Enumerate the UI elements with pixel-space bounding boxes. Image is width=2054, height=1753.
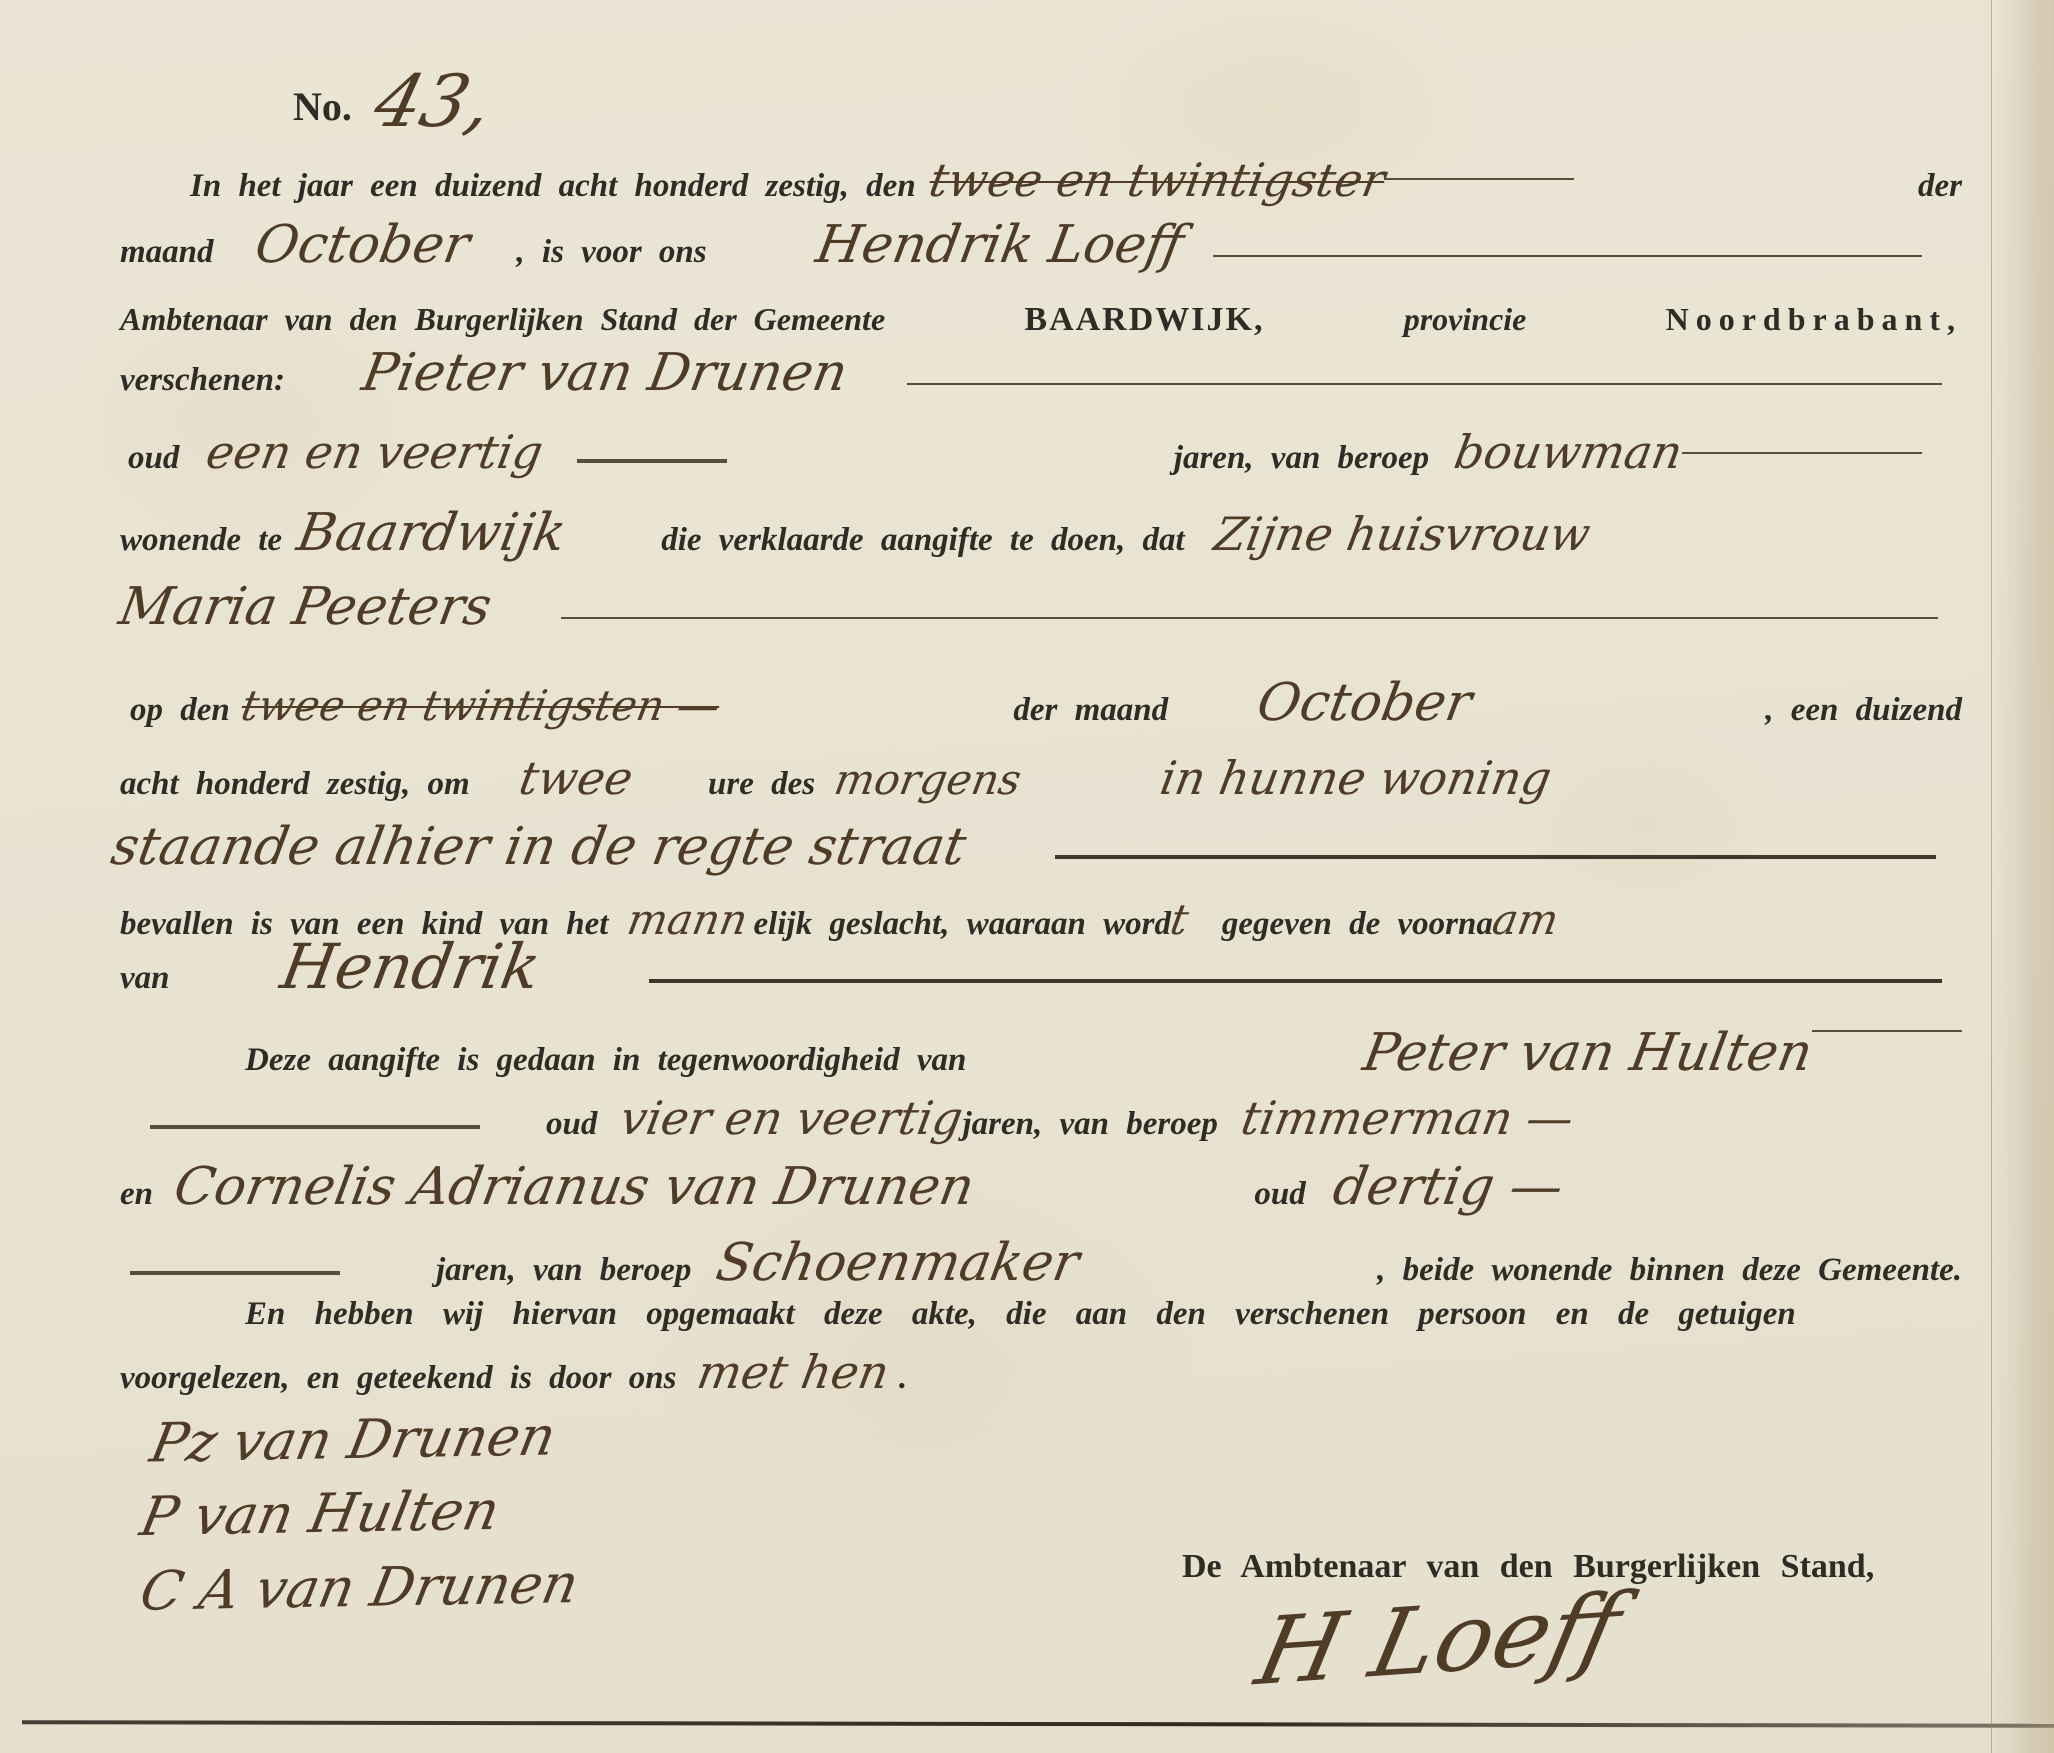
ink-dash-line: [130, 1271, 340, 1275]
printed-jaren-beroep: jaren, van beroep: [1174, 440, 1429, 478]
printed-closing-text-1: En hebben wij hiervan opgemaakt deze akt…: [245, 1296, 1796, 1334]
registrar-signature: H Loeff: [1248, 1580, 1629, 1703]
printed-witness-intro: Deze aangifte is gedaan in tegenwoordigh…: [245, 1042, 966, 1080]
blank-fill-line: [649, 979, 1942, 983]
written-witness2-occupation: Schoenmaker: [713, 1236, 1084, 1291]
written-declarant-age: een en veertig: [203, 428, 547, 476]
month-line: maand October , is voor ons Hendrik Loef…: [120, 218, 1962, 276]
written-witness1-name: Peter van Hulten: [1360, 1026, 1817, 1081]
signature-witness1: P van Hulten: [142, 1486, 498, 1544]
witness1-age-line: oud vier en veertig jaren, van beroep ti…: [150, 1094, 1962, 1152]
printed-wonende-te: wonende te: [120, 522, 282, 560]
municipality-name: BAARDWIJK,: [1024, 300, 1264, 339]
birth-place-line: staande alhier in de regte straat: [112, 820, 1962, 878]
printed-official-text: Ambtenaar van den Burgerlijken Stand der…: [120, 301, 885, 338]
closing-line-1: En hebben wij hiervan opgemaakt deze akt…: [245, 1296, 1962, 1354]
written-met-hen: met hen: [694, 1348, 893, 1396]
blank-fill-line: [561, 617, 1938, 619]
written-witness1-occupation: timmerman —: [1238, 1094, 1577, 1142]
birth-time-line: acht honderd zestig, om twee ure des mor…: [120, 754, 1962, 812]
printed-verschenen: verschenen:: [120, 362, 285, 400]
printed-provincie: provincie: [1404, 301, 1527, 338]
residence-line: wonende te Baardwijk die verklaarde aang…: [120, 506, 1962, 564]
written-witness1-age: vier en veertig: [617, 1094, 967, 1142]
written-birth-address: staande alhier in de regte straat: [107, 820, 970, 875]
blank-fill-line: [907, 383, 1942, 385]
printed-der-maand: der maand: [1013, 692, 1168, 730]
written-month: October: [251, 218, 474, 273]
printed-declaration-text: die verklaarde aangifte te doen, dat: [661, 522, 1184, 560]
written-signature: C A van Drunen: [136, 1556, 583, 1620]
written-declarant-occupation: bouwman: [1451, 428, 1686, 476]
printed-beide-wonende: , beide wonende binnen deze Gemeente.: [1377, 1252, 1962, 1290]
written-birth-day: twee en twintigsten —: [238, 684, 723, 728]
printed-oud-witness1: oud: [546, 1106, 597, 1144]
ink-stroke-line: [1812, 1030, 1962, 1032]
birth-date-line: op den twee en twintigsten — der maand O…: [130, 676, 1962, 734]
blank-fill-line: [1213, 255, 1923, 257]
record-number-line: No. 43,: [293, 58, 492, 116]
ink-stroke-line: [1384, 178, 1574, 180]
printed-der: der: [1918, 168, 1962, 206]
printed-maand: maand: [120, 234, 214, 272]
ink-dash-line: [577, 459, 727, 463]
signature-witness2: C A van Drunen: [142, 1560, 577, 1618]
record-number-label: No.: [293, 84, 352, 130]
province-name: Noordbrabant,: [1666, 301, 1962, 338]
blank-fill-line: [1055, 855, 1936, 859]
child-name-line: van Hendrik: [120, 934, 1962, 1004]
signature-registrar: H Loeff: [1262, 1592, 1615, 1722]
printed-closing-text-2: voorgelezen, en geteekend is door ons: [120, 1360, 676, 1398]
written-witness2-name: Cornelis Adrianus van Drunen: [170, 1160, 978, 1215]
printed-jaren-beroep-witness2: jaren, van beroep: [436, 1252, 691, 1290]
ink-dash-line: [150, 1125, 480, 1129]
printed-is-voor-ons: , is voor ons: [516, 234, 706, 272]
printed-period: .: [899, 1360, 907, 1398]
written-birth-hour: twee: [515, 754, 636, 802]
signature-declarant: Pz van Drunen: [152, 1412, 554, 1470]
mother-line: Maria Peeters: [120, 580, 1962, 638]
written-witness2-age: dertig —: [1329, 1160, 1567, 1215]
written-registrar-name: Hendrik Loeff: [812, 218, 1188, 273]
declarant-age-line: oud een en veertig jaren, van beroep bou…: [128, 428, 1962, 486]
written-signature: P van Hulten: [136, 1483, 504, 1546]
printed-een-duizend: , een duizend: [1765, 692, 1962, 730]
written-declarant-name: Pieter van Drunen: [358, 346, 851, 401]
written-relation: Zijne huisvrouw: [1210, 510, 1593, 558]
year-line: In het jaar een duizend acht honderd zes…: [190, 156, 1962, 214]
written-daypart: morgens: [831, 758, 1024, 802]
printed-ure-des: ure des: [708, 766, 815, 804]
printed-birth-year-text: acht honderd zestig, om: [120, 766, 470, 804]
page-edge: [1991, 0, 2054, 1753]
written-birth-location: in hunne woning: [1156, 754, 1554, 802]
witness-intro-line: Deze aangifte is gedaan in tegenwoordigh…: [245, 1026, 1962, 1084]
printed-year-text: In het jaar een duizend acht honderd zes…: [190, 168, 916, 206]
appeared-line: verschenen: Pieter van Drunen: [120, 346, 1962, 404]
written-child-name: Hendrik: [276, 934, 545, 999]
written-day-ordinal: twee en twintigster: [925, 156, 1388, 204]
page-bottom-rule: [22, 1720, 2054, 1728]
written-residence: Baardwijk: [293, 506, 570, 561]
written-birth-month: October: [1253, 676, 1476, 731]
record-number-value: 43,: [367, 64, 500, 140]
printed-jaren-beroep-witness1: jaren, van beroep: [962, 1106, 1217, 1144]
closing-line-2: voorgelezen, en geteekend is door ons me…: [120, 1348, 1962, 1406]
printed-van: van: [120, 960, 170, 998]
printed-en: en: [120, 1176, 153, 1214]
birth-certificate-page: No. 43, In het jaar een duizend acht hon…: [0, 0, 2054, 1753]
ink-stroke-line: [1682, 452, 1922, 454]
written-mother-name: Maria Peeters: [115, 580, 495, 635]
printed-oud-witness2: oud: [1254, 1176, 1305, 1214]
witness2-line: en Cornelis Adrianus van Drunen oud dert…: [120, 1160, 1962, 1218]
written-signature: Pz van Drunen: [146, 1408, 560, 1472]
printed-op-den: op den: [130, 692, 230, 730]
printed-oud: oud: [128, 440, 179, 478]
witness2-occupation-line: jaren, van beroep Schoenmaker , beide wo…: [130, 1236, 1962, 1294]
